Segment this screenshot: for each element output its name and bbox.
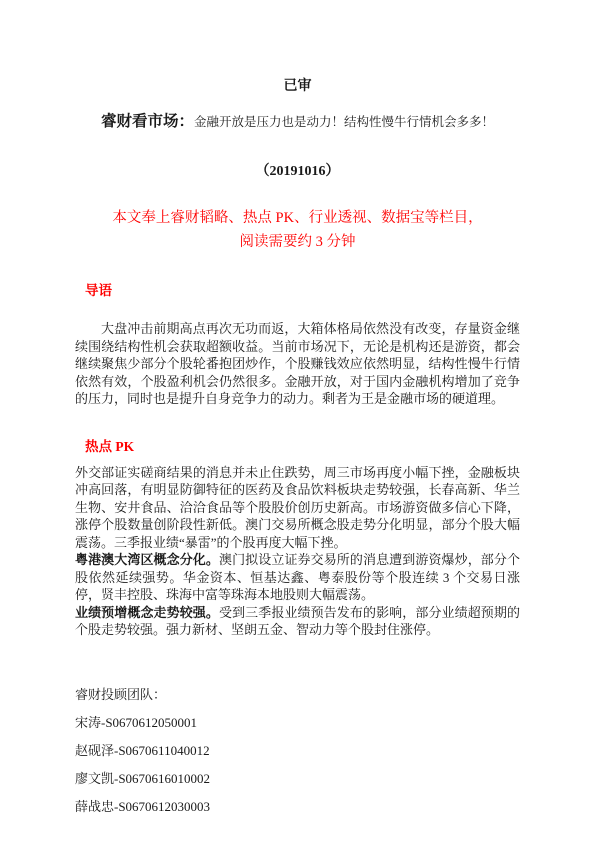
hotspot-paragraph-earnings: 业绩预增概念走势较强。受到三季报业绩预告发布的影响，部分业绩超预期的个股走势较强… <box>75 604 520 639</box>
hotspot-paragraph-market: 外交部证实磋商结果的消息并未止住跌势，周三市场再度小幅下挫，金融板块冲高回落，有… <box>75 464 520 552</box>
section-heading-lede: 导语 <box>85 282 520 299</box>
earnings-lead-in: 业绩预增概念走势较强。 <box>75 605 219 620</box>
review-stamp: 已审 <box>75 78 520 96</box>
lede-paragraph: 大盘冲击前期高点再次无功而返，大箱体格局依然没有改变，存量资金继续围绕结构性机会… <box>75 320 520 408</box>
advisor-team-block: 睿财投顾团队： 宋涛-S0670612050001 赵砚泽-S067061104… <box>75 681 520 821</box>
advisor-team-label: 睿财投顾团队： <box>75 681 520 709</box>
advisor-member: 廖文凯-S0670616010002 <box>75 765 520 793</box>
dateline: （20191016） <box>75 163 520 181</box>
section-heading-hotspot: 热点 PK <box>85 438 520 455</box>
gba-lead-in: 粤港澳大湾区概念分化。 <box>75 552 219 567</box>
document-page: 已审 睿财看市场：金融开放是压力也是动力！结构性慢牛行情机会多多！ （20191… <box>0 0 595 842</box>
intro-note-line1: 本文奉上睿财韬略、热点 PK、行业透视、数据宝等栏目， <box>75 206 520 230</box>
masthead-headline: 金融开放是压力也是动力！结构性慢牛行情机会多多！ <box>194 115 494 129</box>
hotspot-paragraph-gba: 粤港澳大湾区概念分化。澳门拟设立证券交易所的消息遭到游资爆炒，部分个股依然延续强… <box>75 551 520 604</box>
advisor-member: 薛战忠-S0670612030003 <box>75 793 520 821</box>
intro-note-line2: 阅读需要约 3 分钟 <box>75 230 520 254</box>
advisor-member: 赵砚泽-S0670611040012 <box>75 737 520 765</box>
masthead-brand: 睿财看市场： <box>101 113 194 130</box>
intro-note: 本文奉上睿财韬略、热点 PK、行业透视、数据宝等栏目， 阅读需要约 3 分钟 <box>75 206 520 254</box>
advisor-member: 宋涛-S0670612050001 <box>75 709 520 737</box>
masthead: 睿财看市场：金融开放是压力也是动力！结构性慢牛行情机会多多！ <box>101 112 520 132</box>
